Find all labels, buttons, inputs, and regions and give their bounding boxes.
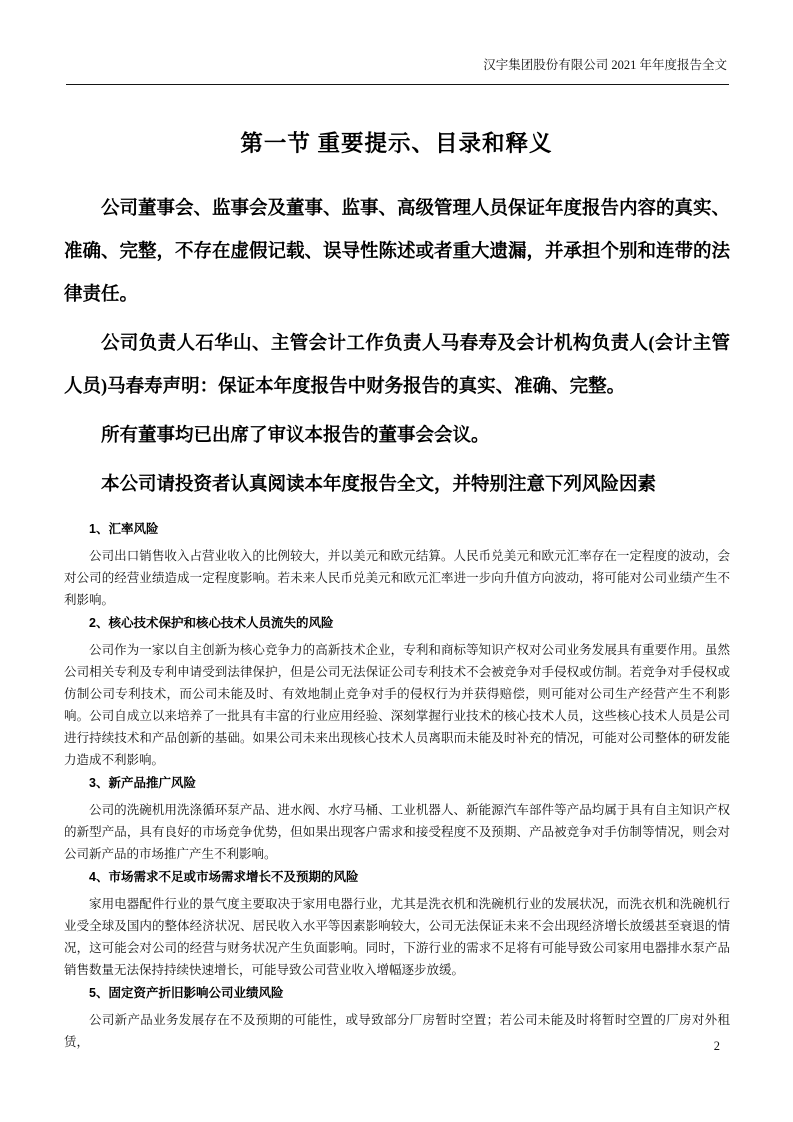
header-divider xyxy=(66,84,729,85)
intro-paragraph-3: 所有董事均已出席了审议本报告的董事会会议。 xyxy=(64,415,730,458)
risk-list: 1、汇率风险 公司出口销售收入占营业收入的比例较大，并以美元和欧元结算。人民币兑… xyxy=(64,513,730,1053)
risk-item-4: 4、市场需求不足或市场需求增长不及预期的风险 家用电器配件行业的景气度主要取决于… xyxy=(64,867,730,981)
risk-heading: 3、新产品推广风险 xyxy=(64,773,730,793)
risk-heading: 5、固定资产折旧影响公司业绩风险 xyxy=(64,983,730,1003)
risk-item-2: 2、核心技术保护和核心技术人员流失的风险 公司作为一家以自主创新为核心竞争力的高… xyxy=(64,613,730,771)
risk-heading: 2、核心技术保护和核心技术人员流失的风险 xyxy=(64,613,730,633)
risk-item-3: 3、新产品推广风险 公司的洗碗机用洗涤循环泵产品、进水阀、水疗马桶、工业机器人、… xyxy=(64,773,730,865)
section-title: 第一节 重要提示、目录和释义 xyxy=(0,126,793,158)
risk-heading: 1、汇率风险 xyxy=(64,519,730,539)
page-header: 汉宇集团股份有限公司 2021 年年度报告全文 xyxy=(66,56,727,74)
risk-body: 公司作为一家以自主创新为核心竞争力的高新技术企业，专利和商标等知识产权对公司业务… xyxy=(64,639,730,771)
risk-body: 公司的洗碗机用洗涤循环泵产品、进水阀、水疗马桶、工业机器人、新能源汽车部件等产品… xyxy=(64,799,730,865)
risk-body: 公司出口销售收入占营业收入的比例较大，并以美元和欧元结算。人民币兑美元和欧元汇率… xyxy=(64,545,730,611)
intro-paragraph-2: 公司负责人石华山、主管会计工作负责人马春寿及会计机构负责人(会计主管人员)马春寿… xyxy=(64,323,730,409)
document-page: 汉宇集团股份有限公司 2021 年年度报告全文 第一节 重要提示、目录和释义 公… xyxy=(0,0,793,1122)
intro-paragraph-1: 公司董事会、监事会及董事、监事、高级管理人员保证年度报告内容的真实、准确、完整，… xyxy=(64,188,730,317)
risk-body: 公司新产品业务发展存在不及预期的可能性，或导致部分厂房暂时空置；若公司未能及时将… xyxy=(64,1009,730,1053)
content-area: 公司董事会、监事会及董事、监事、高级管理人员保证年度报告内容的真实、准确、完整，… xyxy=(64,188,730,1055)
intro-paragraph-4: 本公司请投资者认真阅读本年度报告全文，并特别注意下列风险因素 xyxy=(64,464,730,507)
header-title: 汉宇集团股份有限公司 2021 年年度报告全文 xyxy=(483,58,727,72)
risk-heading: 4、市场需求不足或市场需求增长不及预期的风险 xyxy=(64,867,730,887)
risk-body: 家用电器配件行业的景气度主要取决于家用电器行业，尤其是洗衣机和洗碗机行业的发展状… xyxy=(64,893,730,981)
risk-item-1: 1、汇率风险 公司出口销售收入占营业收入的比例较大，并以美元和欧元结算。人民币兑… xyxy=(64,519,730,611)
risk-item-5: 5、固定资产折旧影响公司业绩风险 公司新产品业务发展存在不及预期的可能性，或导致… xyxy=(64,983,730,1053)
page-number: 2 xyxy=(714,1039,720,1054)
